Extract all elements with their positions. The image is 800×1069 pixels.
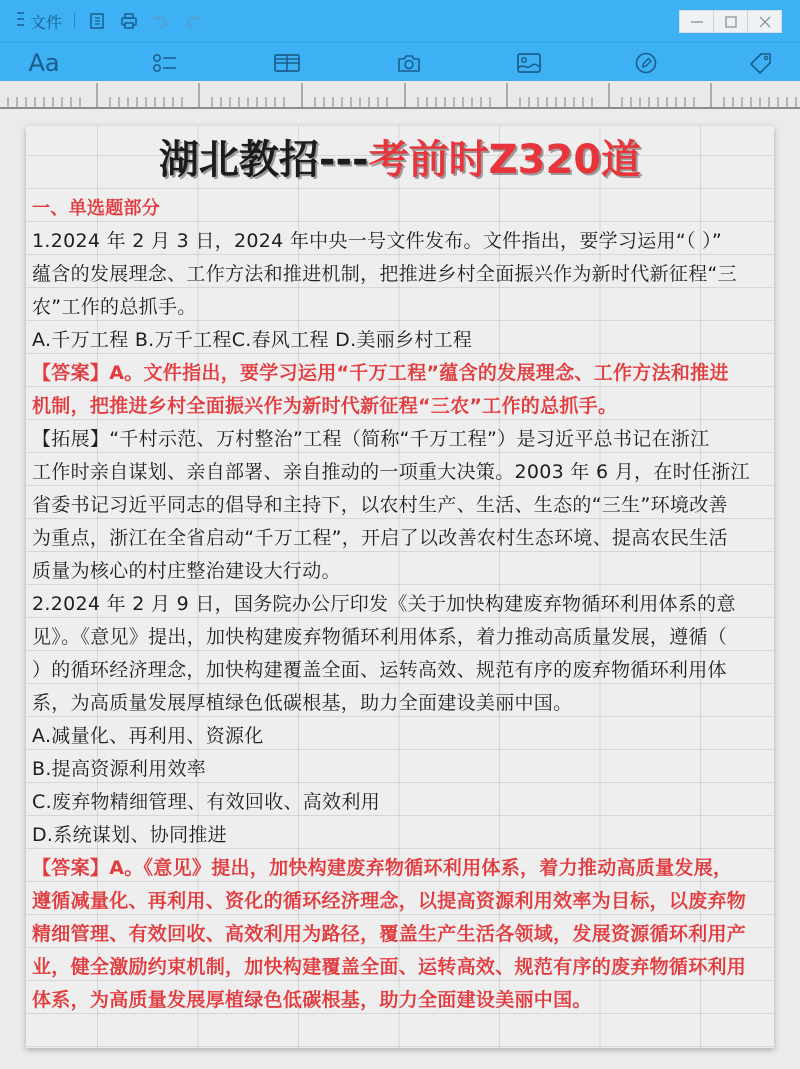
pen-icon bbox=[633, 52, 659, 74]
answer-line: 【答案】A。文件指出，要学习运用“千万工程”蕴含的发展理念、工作方法和推进 bbox=[32, 357, 768, 390]
answer-line: 【答案】A。《意见》提出，加快构建废弃物循环利用体系，着力推动高质量发展， bbox=[32, 852, 768, 885]
hamburger-icon bbox=[16, 11, 26, 31]
text-line: 质量为核心的村庄整治建设大行动。 bbox=[32, 555, 768, 588]
print-icon[interactable] bbox=[119, 11, 139, 31]
text-line: 农”工作的总抓手。 bbox=[32, 291, 768, 324]
format-text-button[interactable]: Aa bbox=[24, 51, 64, 75]
minimize-icon bbox=[690, 15, 704, 29]
text-line: 省委书记习近平同志的倡导和主持下，以农村生产、生活、生态的“三生”环境改善 bbox=[32, 489, 768, 522]
text-line: A.减量化、再利用、资源化 bbox=[32, 720, 768, 753]
camera-button[interactable] bbox=[394, 51, 424, 75]
text-line: 【拓展】“千村示范、万村整治”工程（简称“千万工程”）是习近平总书记在浙江 bbox=[32, 423, 768, 456]
format-text-icon: Aa bbox=[28, 49, 59, 77]
text-line: B.提高资源利用效率 bbox=[32, 753, 768, 786]
image-button[interactable] bbox=[514, 51, 544, 75]
maximize-icon bbox=[724, 15, 738, 29]
file-menu-label: 文件 bbox=[30, 10, 62, 33]
title-black-part: 湖北教招--- bbox=[159, 137, 369, 183]
document-page[interactable]: 湖北教招---考前时Z320道 一、单选题部分1.2024 年 2 月 3 日，… bbox=[26, 126, 774, 1048]
text-line: A.千万工程 B.万千工程C.春风工程 D.美丽乡村工程 bbox=[32, 324, 768, 357]
table-icon bbox=[274, 52, 300, 74]
table-button[interactable] bbox=[272, 51, 302, 75]
minimize-button[interactable] bbox=[680, 11, 714, 32]
ruler-ticks bbox=[0, 81, 800, 109]
checklist-button[interactable] bbox=[150, 51, 180, 75]
text-line: 见》。《意见》提出，加快构建废弃物循环利用体系，着力推动高质量发展，遵循（ bbox=[32, 621, 768, 654]
answer-line: 精细管理、有效回收、高效利用为路径，覆盖生产生活各领域，发展资源循环利用产 bbox=[32, 918, 768, 951]
document-body: 一、单选题部分1.2024 年 2 月 3 日，2024 年中央一号文件发布。文… bbox=[32, 192, 768, 1017]
pen-button[interactable] bbox=[631, 51, 661, 75]
answer-line: 遵循减量化、再利用、资化的循环经济理念，以提高资源利用效率为目标，以废弃物 bbox=[32, 885, 768, 918]
tag-button[interactable] bbox=[746, 51, 776, 75]
title-bar-left: 文件 bbox=[16, 9, 203, 33]
answer-line: 体系，为高质量发展厚植绿色低碳根基，助力全面建设美丽中国。 bbox=[32, 984, 768, 1017]
text-line: ）的循环经济理念，加快构建覆盖全面、运转高效、规范有序的废弃物循环利用体 bbox=[32, 654, 768, 687]
page-layout-icon[interactable] bbox=[87, 11, 107, 31]
checklist-icon bbox=[152, 52, 178, 74]
text-line: 工作时亲自谋划、亲自部署、亲自推动的一项重大决策。2003 年 6 月，在时任浙… bbox=[32, 456, 768, 489]
text-line: 2.2024 年 2 月 9 日，国务院办公厅印发《关于加快构建废弃物循环利用体… bbox=[32, 588, 768, 621]
document-title: 湖北教招---考前时Z320道 bbox=[26, 132, 774, 188]
text-line: 为重点，浙江在全省启动“千万工程”，开启了以改善农村生态环境、提高农民生活 bbox=[32, 522, 768, 555]
title-bar: 文件 bbox=[0, 0, 800, 42]
text-line: C.废弃物精细管理、有效回收、高效利用 bbox=[32, 786, 768, 819]
camera-icon bbox=[396, 52, 422, 74]
text-line: 1.2024 年 2 月 3 日，2024 年中央一号文件发布。文件指出，要学习… bbox=[32, 225, 768, 258]
toolbar-divider bbox=[74, 13, 75, 29]
text-line: 蕴含的发展理念、工作方法和推进机制，把推进乡村全面振兴作为新时代新征程“三 bbox=[32, 258, 768, 291]
title-red-part: 考前时Z320道 bbox=[369, 137, 642, 183]
file-menu-button[interactable]: 文件 bbox=[16, 10, 62, 33]
maximize-button[interactable] bbox=[714, 11, 748, 32]
undo-icon[interactable] bbox=[151, 11, 171, 31]
redo-icon[interactable] bbox=[183, 11, 203, 31]
text-line: 系，为高质量发展厚植绿色低碳根基，助力全面建设美丽中国。 bbox=[32, 687, 768, 720]
ruler bbox=[0, 81, 800, 109]
format-toolbar: Aa bbox=[0, 42, 800, 81]
window-controls bbox=[679, 10, 782, 33]
tag-icon bbox=[748, 52, 774, 74]
answer-line: 机制，把推进乡村全面振兴作为新时代新征程“三农”工作的总抓手。 bbox=[32, 390, 768, 423]
section-heading: 一、单选题部分 bbox=[32, 192, 768, 225]
answer-line: 业，健全激励约束机制，加快构建覆盖全面、运转高效、规范有序的废弃物循环利用 bbox=[32, 951, 768, 984]
close-button[interactable] bbox=[748, 11, 781, 32]
text-line: D.系统谋划、协同推进 bbox=[32, 819, 768, 852]
close-icon bbox=[758, 15, 772, 29]
image-icon bbox=[516, 52, 542, 74]
